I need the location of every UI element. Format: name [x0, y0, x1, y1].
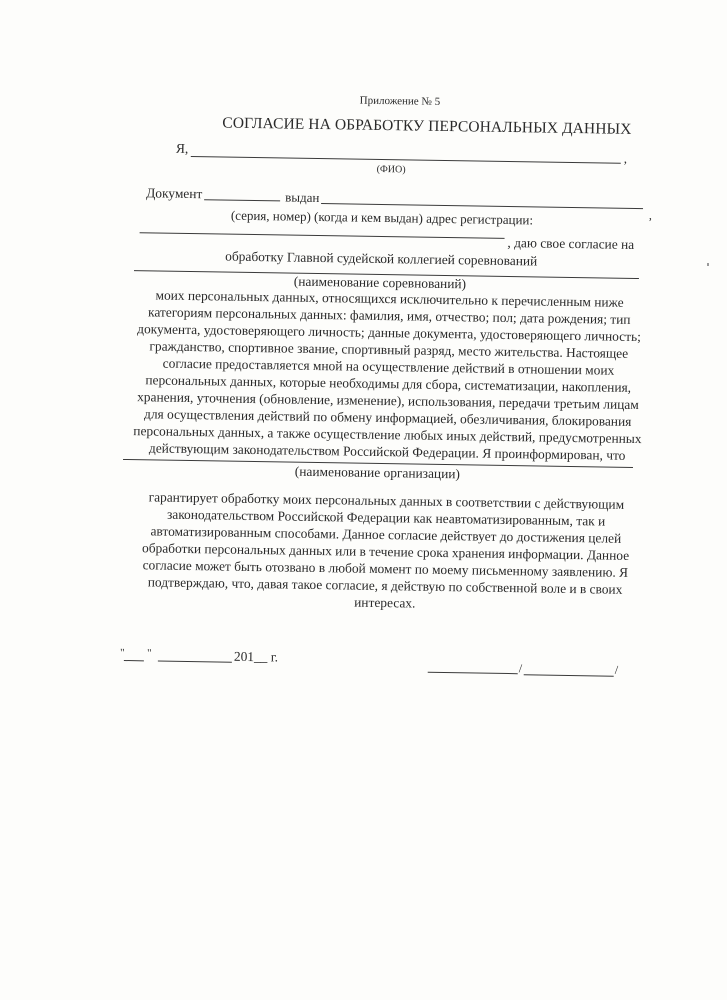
date-month-blank-line[interactable]	[158, 661, 232, 663]
paragraph-personal-data-scope: моих персональных данных, относящихся ис…	[6, 0, 727, 5]
date-year: 201__ г.	[234, 649, 278, 666]
document-number-blank-line[interactable]	[204, 199, 280, 201]
organization-caption: (наименование организации)	[295, 464, 460, 483]
processing-line: обработку Главной судейской коллегией со…	[225, 249, 537, 270]
scan-speck	[707, 263, 709, 266]
issued-suffix: ,	[649, 208, 652, 223]
issued-blank-line[interactable]	[321, 203, 643, 209]
document-label: Документ	[146, 185, 202, 202]
fio-suffix: ,	[624, 151, 628, 167]
document-title: СОГЛАСИЕ НА ОБРАБОТКУ ПЕРСОНАЛЬНЫХ ДАННЫ…	[222, 114, 631, 138]
address-blank-line[interactable]	[140, 232, 505, 239]
signature-end: /	[615, 663, 619, 678]
consent-suffix: , даю свое согласие на	[507, 235, 634, 253]
paragraph-processing-guarantee: гарантирует обработку моих персональных …	[6, 0, 727, 5]
consent-document-page: Приложение № 5 СОГЛАСИЕ НА ОБРАБОТКУ ПЕР…	[0, 0, 727, 1000]
signature-name-blank-line[interactable]	[524, 674, 614, 676]
signature-blank-line[interactable]	[428, 672, 518, 674]
date-close-quote: "	[147, 647, 152, 659]
issued-label: выдан	[285, 189, 319, 206]
date-open-quote: "	[120, 647, 125, 659]
appendix-number: Приложение № 5	[360, 95, 441, 108]
signature-separator: /	[519, 661, 523, 676]
fio-caption: (ФИО)	[377, 164, 406, 175]
fio-blank-line[interactable]	[191, 156, 621, 164]
fio-prefix: Я,	[176, 141, 189, 157]
date-day-blank-line[interactable]	[124, 660, 144, 661]
document-caption: (серия, номер) (когда и кем выдан) адрес…	[231, 208, 533, 229]
